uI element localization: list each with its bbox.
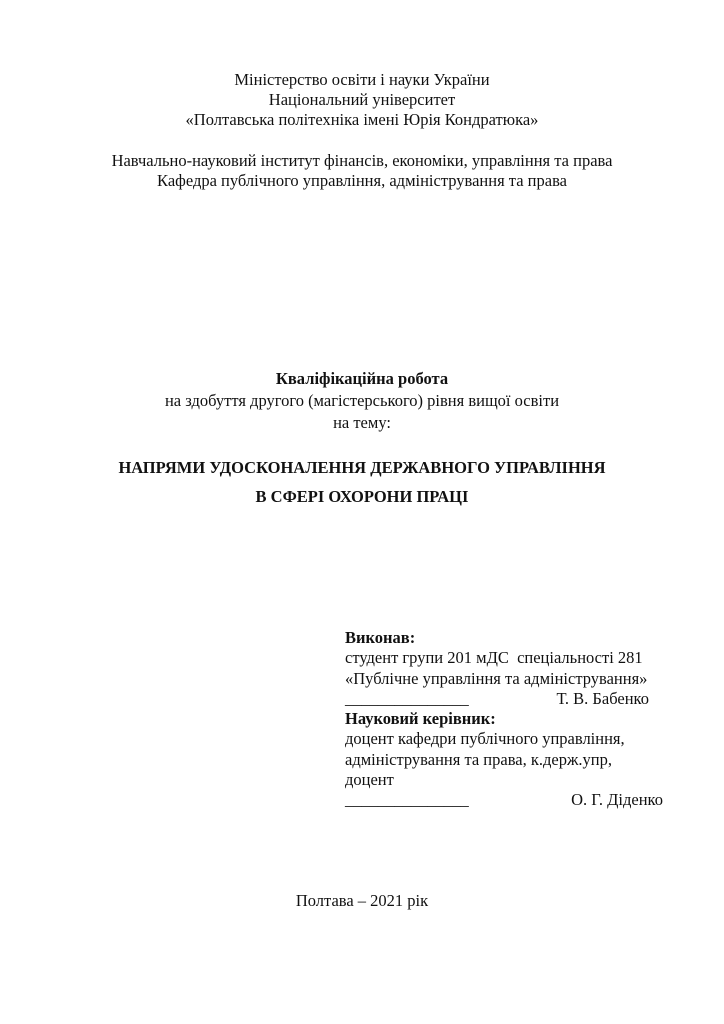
university-line: Національний університет (0, 90, 724, 110)
signature-block: Виконав: студент групи 201 мДС спеціальн… (345, 628, 675, 811)
author-specialty: «Публічне управління та адміністрування» (345, 669, 675, 689)
supervisor-signature-row: _______________ О. Г. Діденко (345, 790, 663, 810)
author-group: студент групи 201 мДС спеціальності 281 (345, 648, 675, 668)
department-line: Кафедра публічного управління, адміністр… (0, 171, 724, 191)
supervisor-position-3: доцент (345, 770, 675, 790)
author-label: Виконав: (345, 628, 675, 648)
author-signature-row: _______________ Т. В. Бабенко (345, 689, 663, 709)
topic-label: на тему: (0, 413, 724, 433)
city-year: Полтава – 2021 рік (0, 891, 724, 911)
work-type: Кваліфікаційна робота (0, 369, 724, 389)
institute-line: Навчально-науковий інститут фінансів, ек… (0, 151, 724, 171)
supervisor-position-1: доцент кафедри публічного управління, (345, 729, 675, 749)
university-name: «Полтавська політехніка імені Юрія Кондр… (0, 110, 724, 130)
title-line-2: В СФЕРІ ОХОРОНИ ПРАЦІ (0, 487, 724, 507)
supervisor-signature-line: _______________ (345, 790, 469, 810)
title-line-1: НАПРЯМИ УДОСКОНАЛЕННЯ ДЕРЖАВНОГО УПРАВЛІ… (0, 458, 724, 478)
supervisor-position-2: адміністрування та права, к.держ.упр, (345, 750, 675, 770)
supervisor-name: О. Г. Діденко (571, 790, 663, 810)
author-signature-line: _______________ (345, 689, 469, 709)
author-name: Т. В. Бабенко (557, 689, 664, 709)
work-purpose: на здобуття другого (магістерського) рів… (0, 391, 724, 411)
ministry-line: Міністерство освіти і науки України (0, 70, 724, 90)
supervisor-label: Науковий керівник: (345, 709, 675, 729)
